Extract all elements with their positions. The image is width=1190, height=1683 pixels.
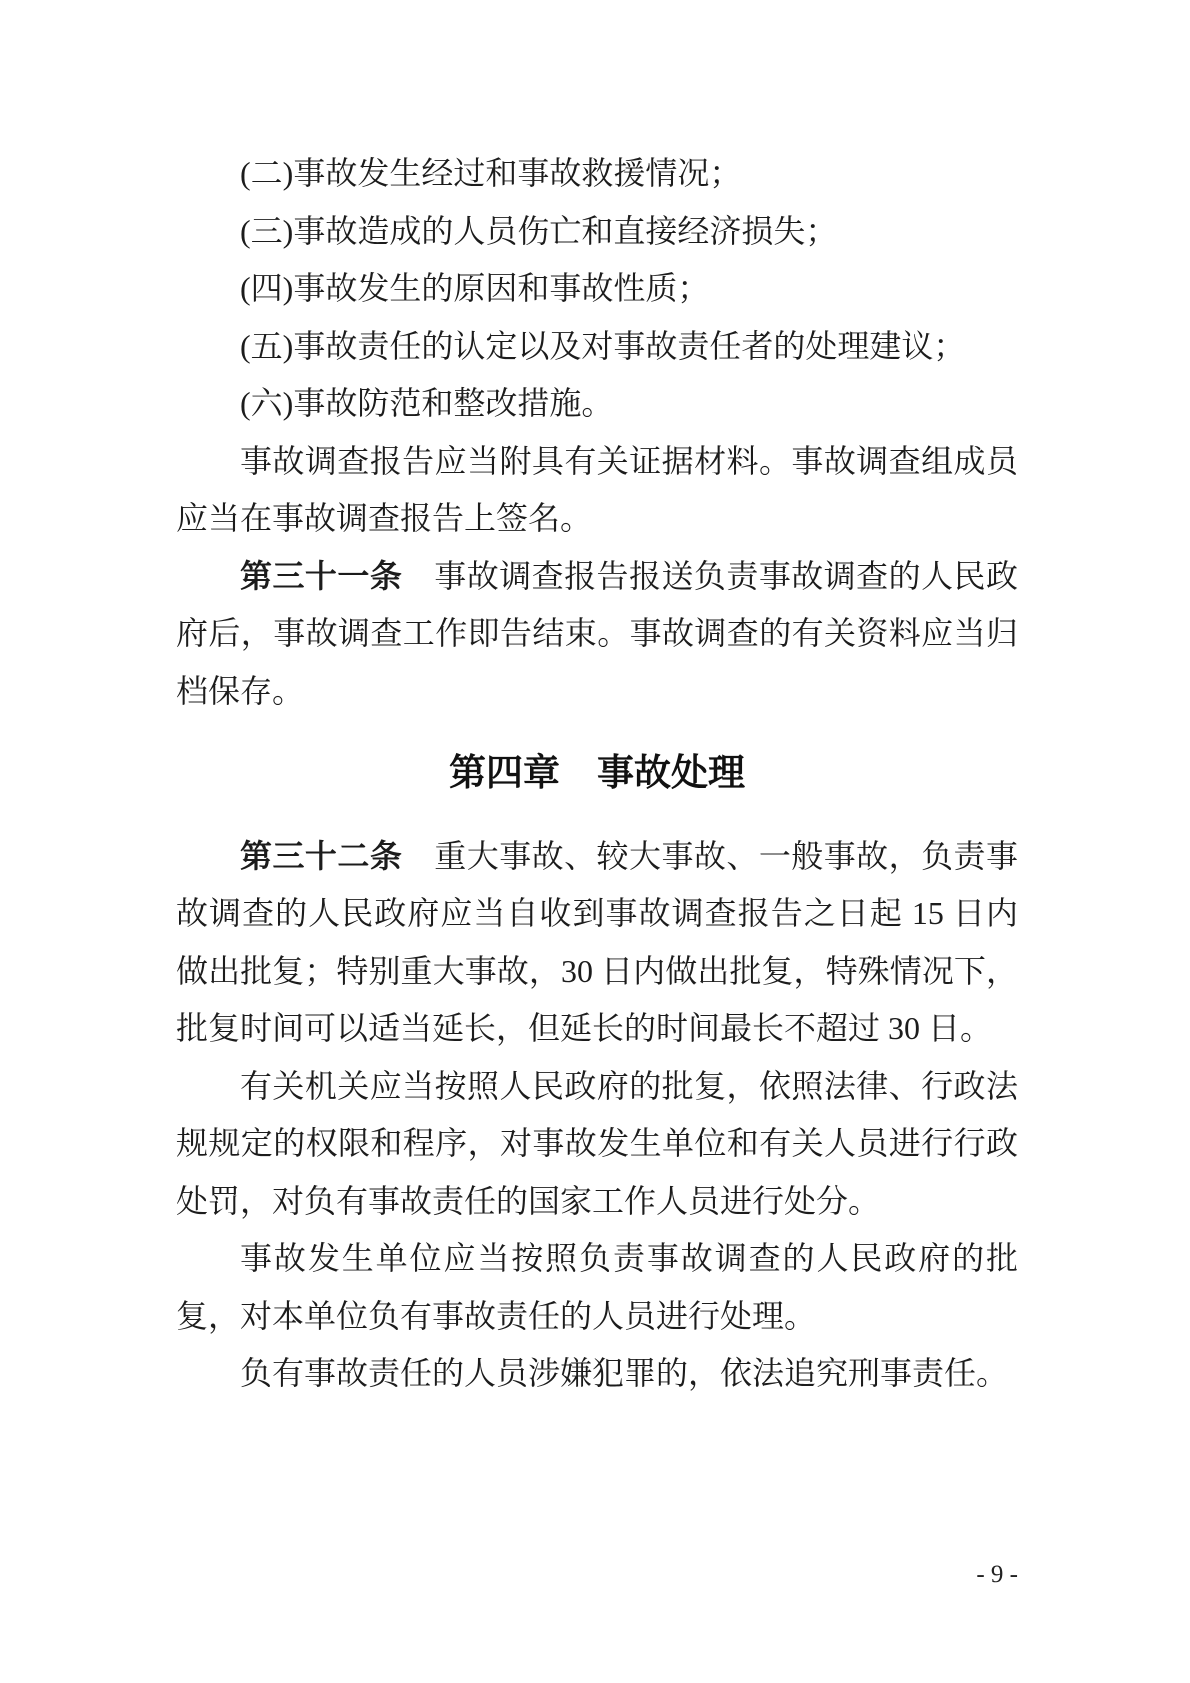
paragraph-organs: 有关机关应当按照人民政府的批复，依照法律、行政法规规定的权限和程序，对事故发生单… (176, 1058, 1018, 1231)
paragraph-evidence: 事故调查报告应当附具有关证据材料。事故调查组成员应当在事故调查报告上签名。 (176, 433, 1018, 548)
list-item-2: (二)事故发生经过和事故救援情况； (176, 145, 1018, 203)
page-number: - 9 - (176, 1560, 1018, 1590)
list-item-4: (四)事故发生的原因和事故性质； (176, 260, 1018, 318)
chapter-heading: 第四章 事故处理 (176, 744, 1018, 802)
article-31-label: 第三十一条 (240, 558, 402, 594)
paragraph-article-32: 第三十二条重大事故、较大事故、一般事故，负责事故调查的人民政府应当自收到事故调查… (176, 828, 1018, 1058)
article-32-label: 第三十二条 (240, 838, 402, 874)
paragraph-criminal: 负有事故责任的人员涉嫌犯罪的，依法追究刑事责任。 (176, 1345, 1018, 1403)
list-item-6: (六)事故防范和整改措施。 (176, 375, 1018, 433)
list-item-5: (五)事故责任的认定以及对事故责任者的处理建议； (176, 318, 1018, 376)
paragraph-article-31: 第三十一条事故调查报告报送负责事故调查的人民政府后，事故调查工作即告结束。事故调… (176, 548, 1018, 721)
paragraph-unit: 事故发生单位应当按照负责事故调查的人民政府的批复，对本单位负有事故责任的人员进行… (176, 1230, 1018, 1345)
document-body: (二)事故发生经过和事故救援情况； (三)事故造成的人员伤亡和直接经济损失； (… (176, 145, 1018, 1403)
list-item-3: (三)事故造成的人员伤亡和直接经济损失； (176, 203, 1018, 261)
document-page: (二)事故发生经过和事故救援情况； (三)事故造成的人员伤亡和直接经济损失； (… (0, 0, 1190, 1683)
